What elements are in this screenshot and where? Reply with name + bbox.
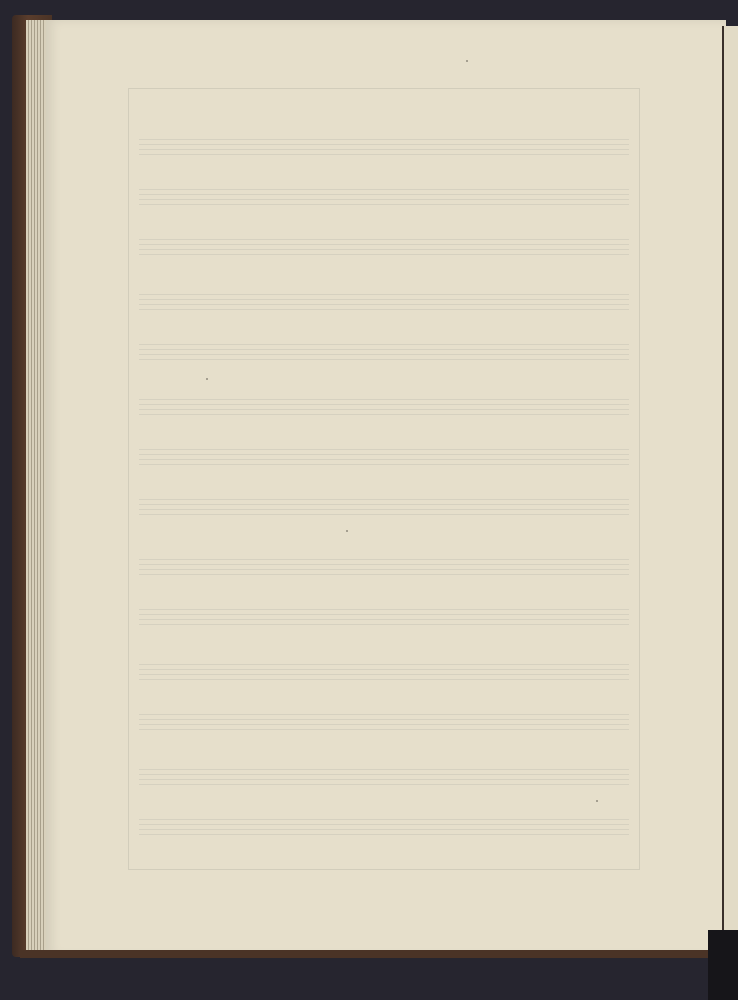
faint-music-stave xyxy=(139,609,629,629)
faint-music-stave xyxy=(139,664,629,684)
faint-music-stave xyxy=(139,559,629,579)
faint-music-stave xyxy=(139,239,629,259)
foxing-speck xyxy=(596,800,598,802)
foxing-speck xyxy=(206,378,208,380)
faint-music-stave xyxy=(139,189,629,209)
foxing-speck xyxy=(466,60,468,62)
foxing-speck xyxy=(346,530,348,532)
book-board-bottom xyxy=(20,950,710,958)
faint-music-stave xyxy=(139,449,629,469)
next-page-edge xyxy=(722,26,738,956)
faint-music-stave xyxy=(139,139,629,159)
faint-music-stave xyxy=(139,769,629,789)
book-page xyxy=(46,20,726,956)
faint-music-stave xyxy=(139,294,629,314)
shadow-corner xyxy=(708,930,738,1000)
faint-music-stave xyxy=(139,819,629,839)
faint-music-stave xyxy=(139,714,629,734)
faint-music-stave xyxy=(139,344,629,364)
faint-music-stave xyxy=(139,399,629,419)
plate-mark xyxy=(128,88,640,870)
faint-music-stave xyxy=(139,499,629,519)
